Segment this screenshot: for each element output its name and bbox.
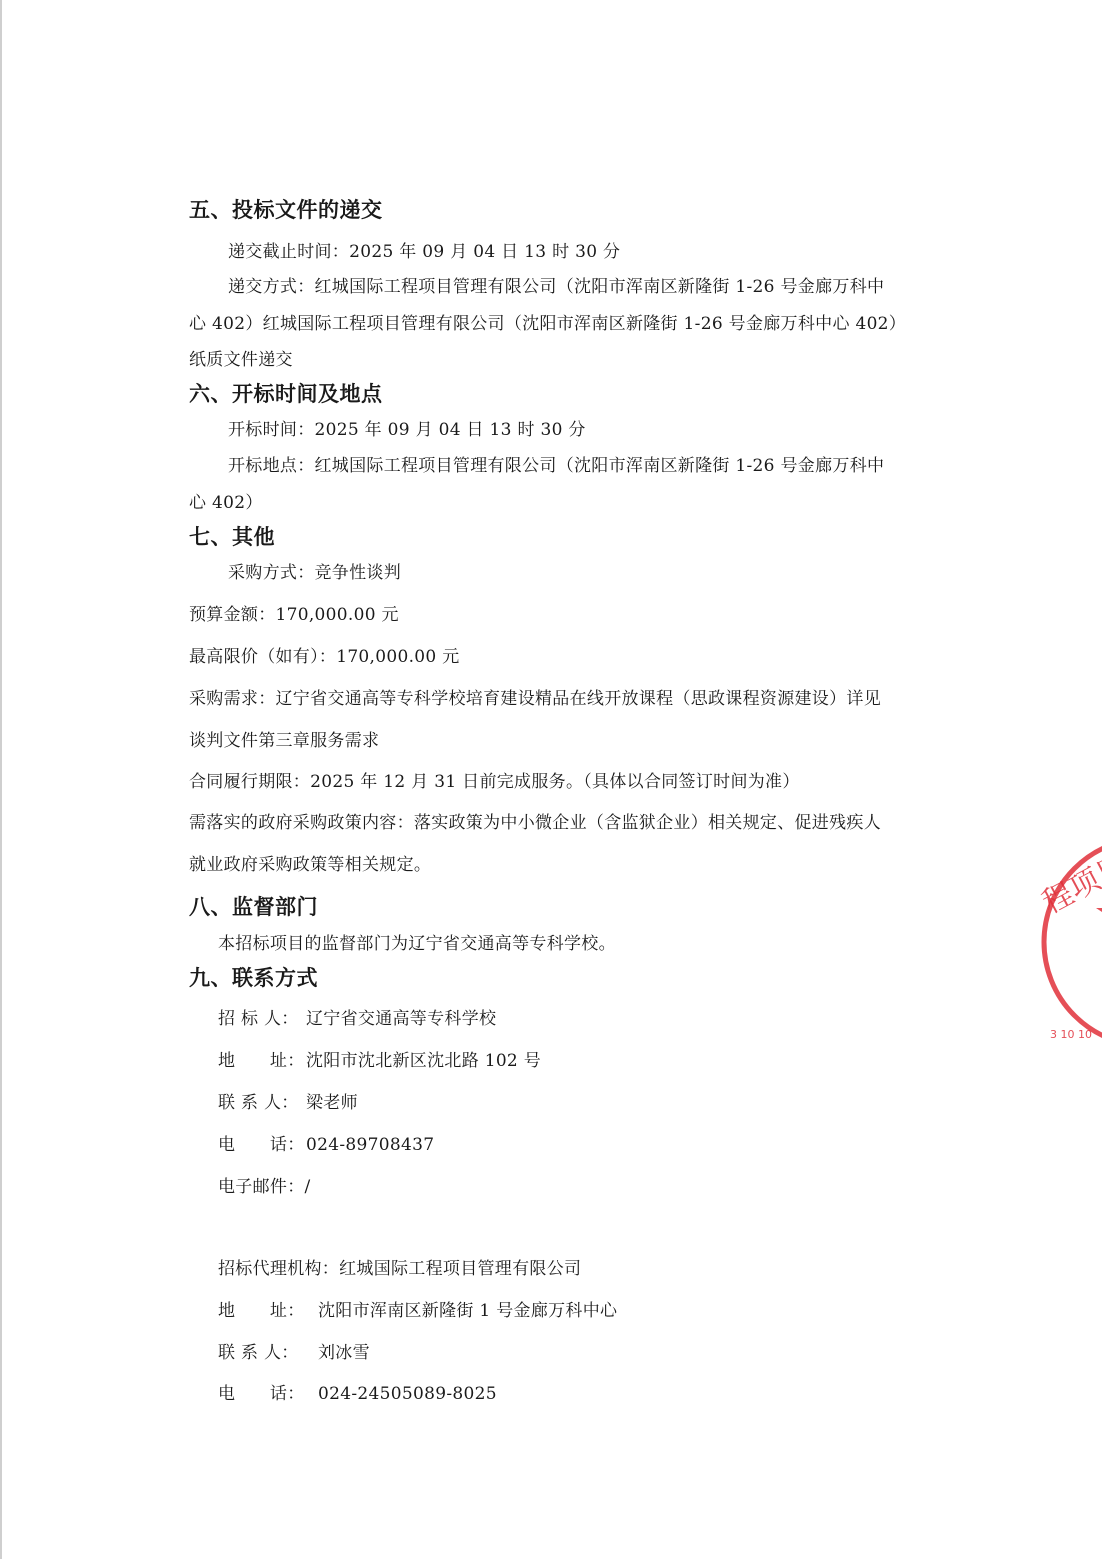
tenderer-name-row: 招 标 人：辽宁省交通高等专科学校 [218, 1004, 496, 1029]
official-seal-icon: 程项目 3 10 10 [1038, 832, 1102, 1052]
tenderer-contact: 梁老师 [306, 1093, 358, 1113]
procurement-method: 采购方式：竞争性谈判 [228, 558, 401, 583]
tenderer-address: 沈阳市沈北新区沈北路 102 号 [306, 1051, 541, 1071]
agency-name-row: 招标代理机构：红城国际工程项目管理有限公司 [218, 1254, 581, 1279]
opening-place-line1: 开标地点：红城国际工程项目管理有限公司（沈阳市浑南区新隆街 1-26 号金廊万科… [228, 451, 884, 476]
opening-place-line2: 心 402） [189, 488, 263, 513]
tenderer-phone-label: 电 话： [218, 1130, 306, 1155]
agency-address: 沈阳市浑南区新隆街 1 号金廊万科中心 [318, 1301, 617, 1321]
heading-other: 七、其他 [189, 521, 275, 551]
scan-edge [0, 0, 2, 1559]
agency-contact-row: 联 系 人：刘冰雪 [218, 1338, 370, 1363]
agency-phone: 024-24505089-8025 [318, 1384, 497, 1404]
submission-method-line1: 递交方式：红城国际工程项目管理有限公司（沈阳市浑南区新隆街 1-26 号金廊万科… [228, 272, 884, 297]
budget-amount: 预算金额：170,000.00 元 [189, 600, 399, 625]
agency-address-row: 地 址：沈阳市浑南区新隆街 1 号金廊万科中心 [218, 1296, 617, 1321]
requirement-line1: 采购需求：辽宁省交通高等专科学校培育建设精品在线开放课程（思政课程资源建设）详见 [189, 684, 881, 709]
contract-period: 合同履行期限：2025 年 12 月 31 日前完成服务。（具体以合同签订时间为… [189, 767, 800, 792]
tenderer-address-row: 地 址：沈阳市沈北新区沈北路 102 号 [218, 1046, 541, 1071]
agency-contact-label: 联 系 人： [218, 1338, 318, 1363]
heading-opening-time-place: 六、开标时间及地点 [189, 378, 383, 408]
submission-method-line3: 纸质文件递交 [189, 345, 293, 370]
submission-method-line2: 心 402）红城国际工程项目管理有限公司（沈阳市浑南区新隆街 1-26 号金廊万… [189, 309, 906, 334]
agency-contact: 刘冰雪 [318, 1343, 370, 1363]
tenderer-email-label: 电子邮件： [218, 1172, 305, 1197]
policy-line1: 需落实的政府采购政策内容：落实政策为中小微企业（含监狱企业）相关规定、促进残疾人 [189, 808, 881, 833]
agency-phone-row: 电 话：024-24505089-8025 [218, 1379, 497, 1404]
tenderer-email: / [305, 1177, 311, 1197]
tenderer-phone-row: 电 话：024-89708437 [218, 1130, 434, 1155]
document-page: 五、投标文件的递交 递交截止时间：2025 年 09 月 04 日 13 时 3… [0, 0, 1102, 1559]
heading-bid-submission: 五、投标文件的递交 [189, 194, 383, 224]
tenderer-contact-row: 联 系 人：梁老师 [218, 1088, 358, 1113]
submission-deadline: 递交截止时间：2025 年 09 月 04 日 13 时 30 分 [228, 237, 620, 262]
agency-phone-label: 电 话： [218, 1379, 318, 1404]
seal-text: 程项目 [1038, 848, 1102, 921]
tenderer-email-row: 电子邮件：/ [218, 1172, 311, 1197]
tenderer-address-label: 地 址： [218, 1046, 306, 1071]
supervision-text: 本招标项目的监督部门为辽宁省交通高等专科学校。 [218, 929, 616, 954]
max-price: 最高限价（如有）：170,000.00 元 [189, 642, 460, 667]
heading-contact: 九、联系方式 [189, 962, 318, 992]
opening-time: 开标时间：2025 年 09 月 04 日 13 时 30 分 [228, 415, 586, 440]
tenderer-contact-label: 联 系 人： [218, 1088, 306, 1113]
agency-name: 红城国际工程项目管理有限公司 [339, 1259, 581, 1279]
agency-name-label: 招标代理机构： [218, 1254, 339, 1279]
tenderer-name-label: 招 标 人： [218, 1004, 306, 1029]
seal-code: 3 10 10 [1050, 1028, 1092, 1041]
tenderer-phone: 024-89708437 [306, 1135, 434, 1155]
heading-supervision: 八、监督部门 [189, 891, 318, 921]
agency-address-label: 地 址： [218, 1296, 318, 1321]
tenderer-name: 辽宁省交通高等专科学校 [306, 1009, 496, 1029]
policy-line2: 就业政府采购政策等相关规定。 [189, 850, 431, 875]
requirement-line2: 谈判文件第三章服务需求 [189, 726, 379, 751]
